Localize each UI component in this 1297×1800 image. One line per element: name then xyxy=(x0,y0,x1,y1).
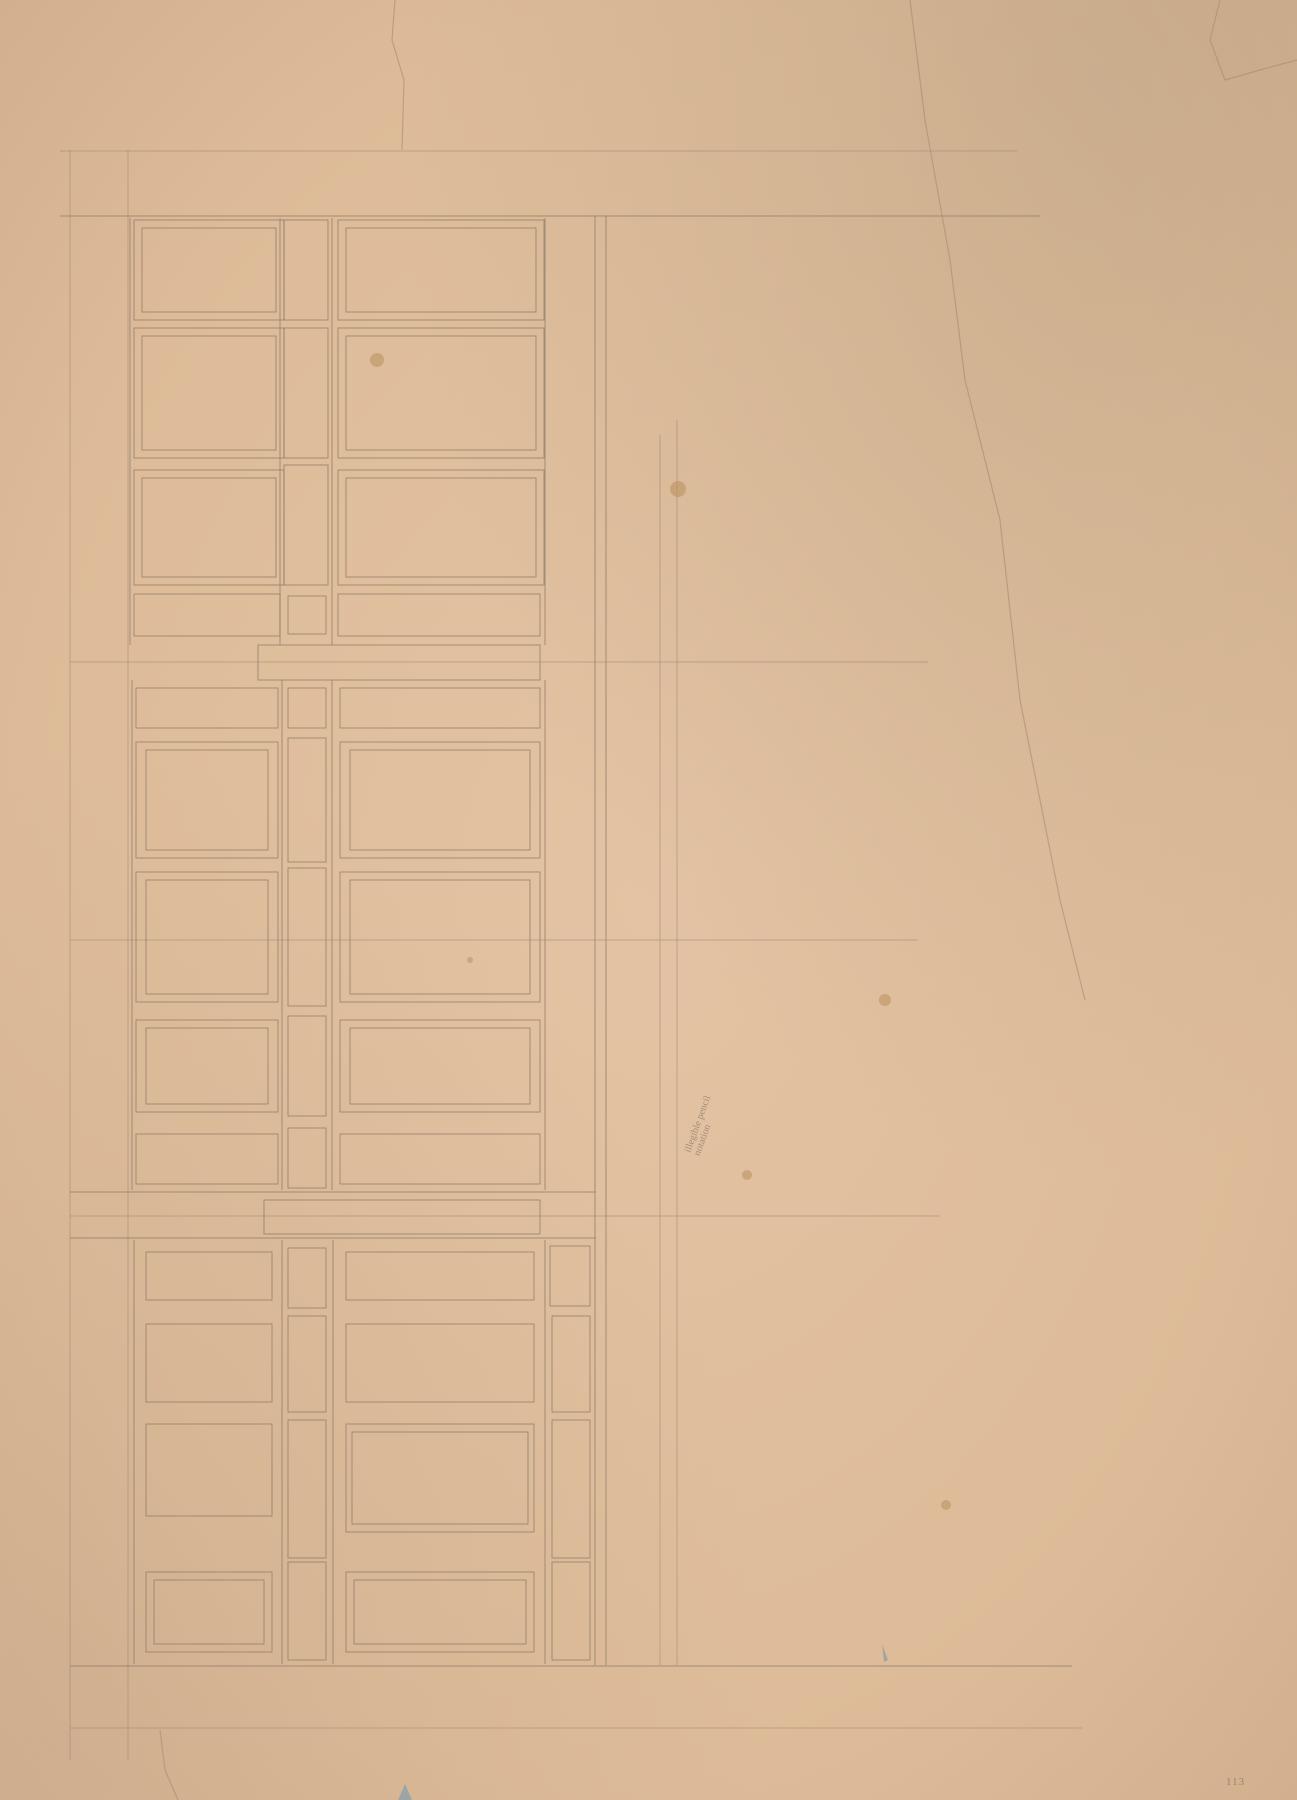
elevation-drawing xyxy=(0,0,1297,1800)
paper-wear xyxy=(160,0,1297,1800)
sheet-number: 113 xyxy=(1226,1776,1245,1788)
construction-lines xyxy=(60,150,1082,1760)
drawing-sheet: illegible pencil notation 113 xyxy=(0,0,1297,1800)
middle-tier-panels xyxy=(70,680,596,1238)
upper-tier-panels xyxy=(130,218,545,680)
lower-tier-panels xyxy=(134,1240,590,1664)
